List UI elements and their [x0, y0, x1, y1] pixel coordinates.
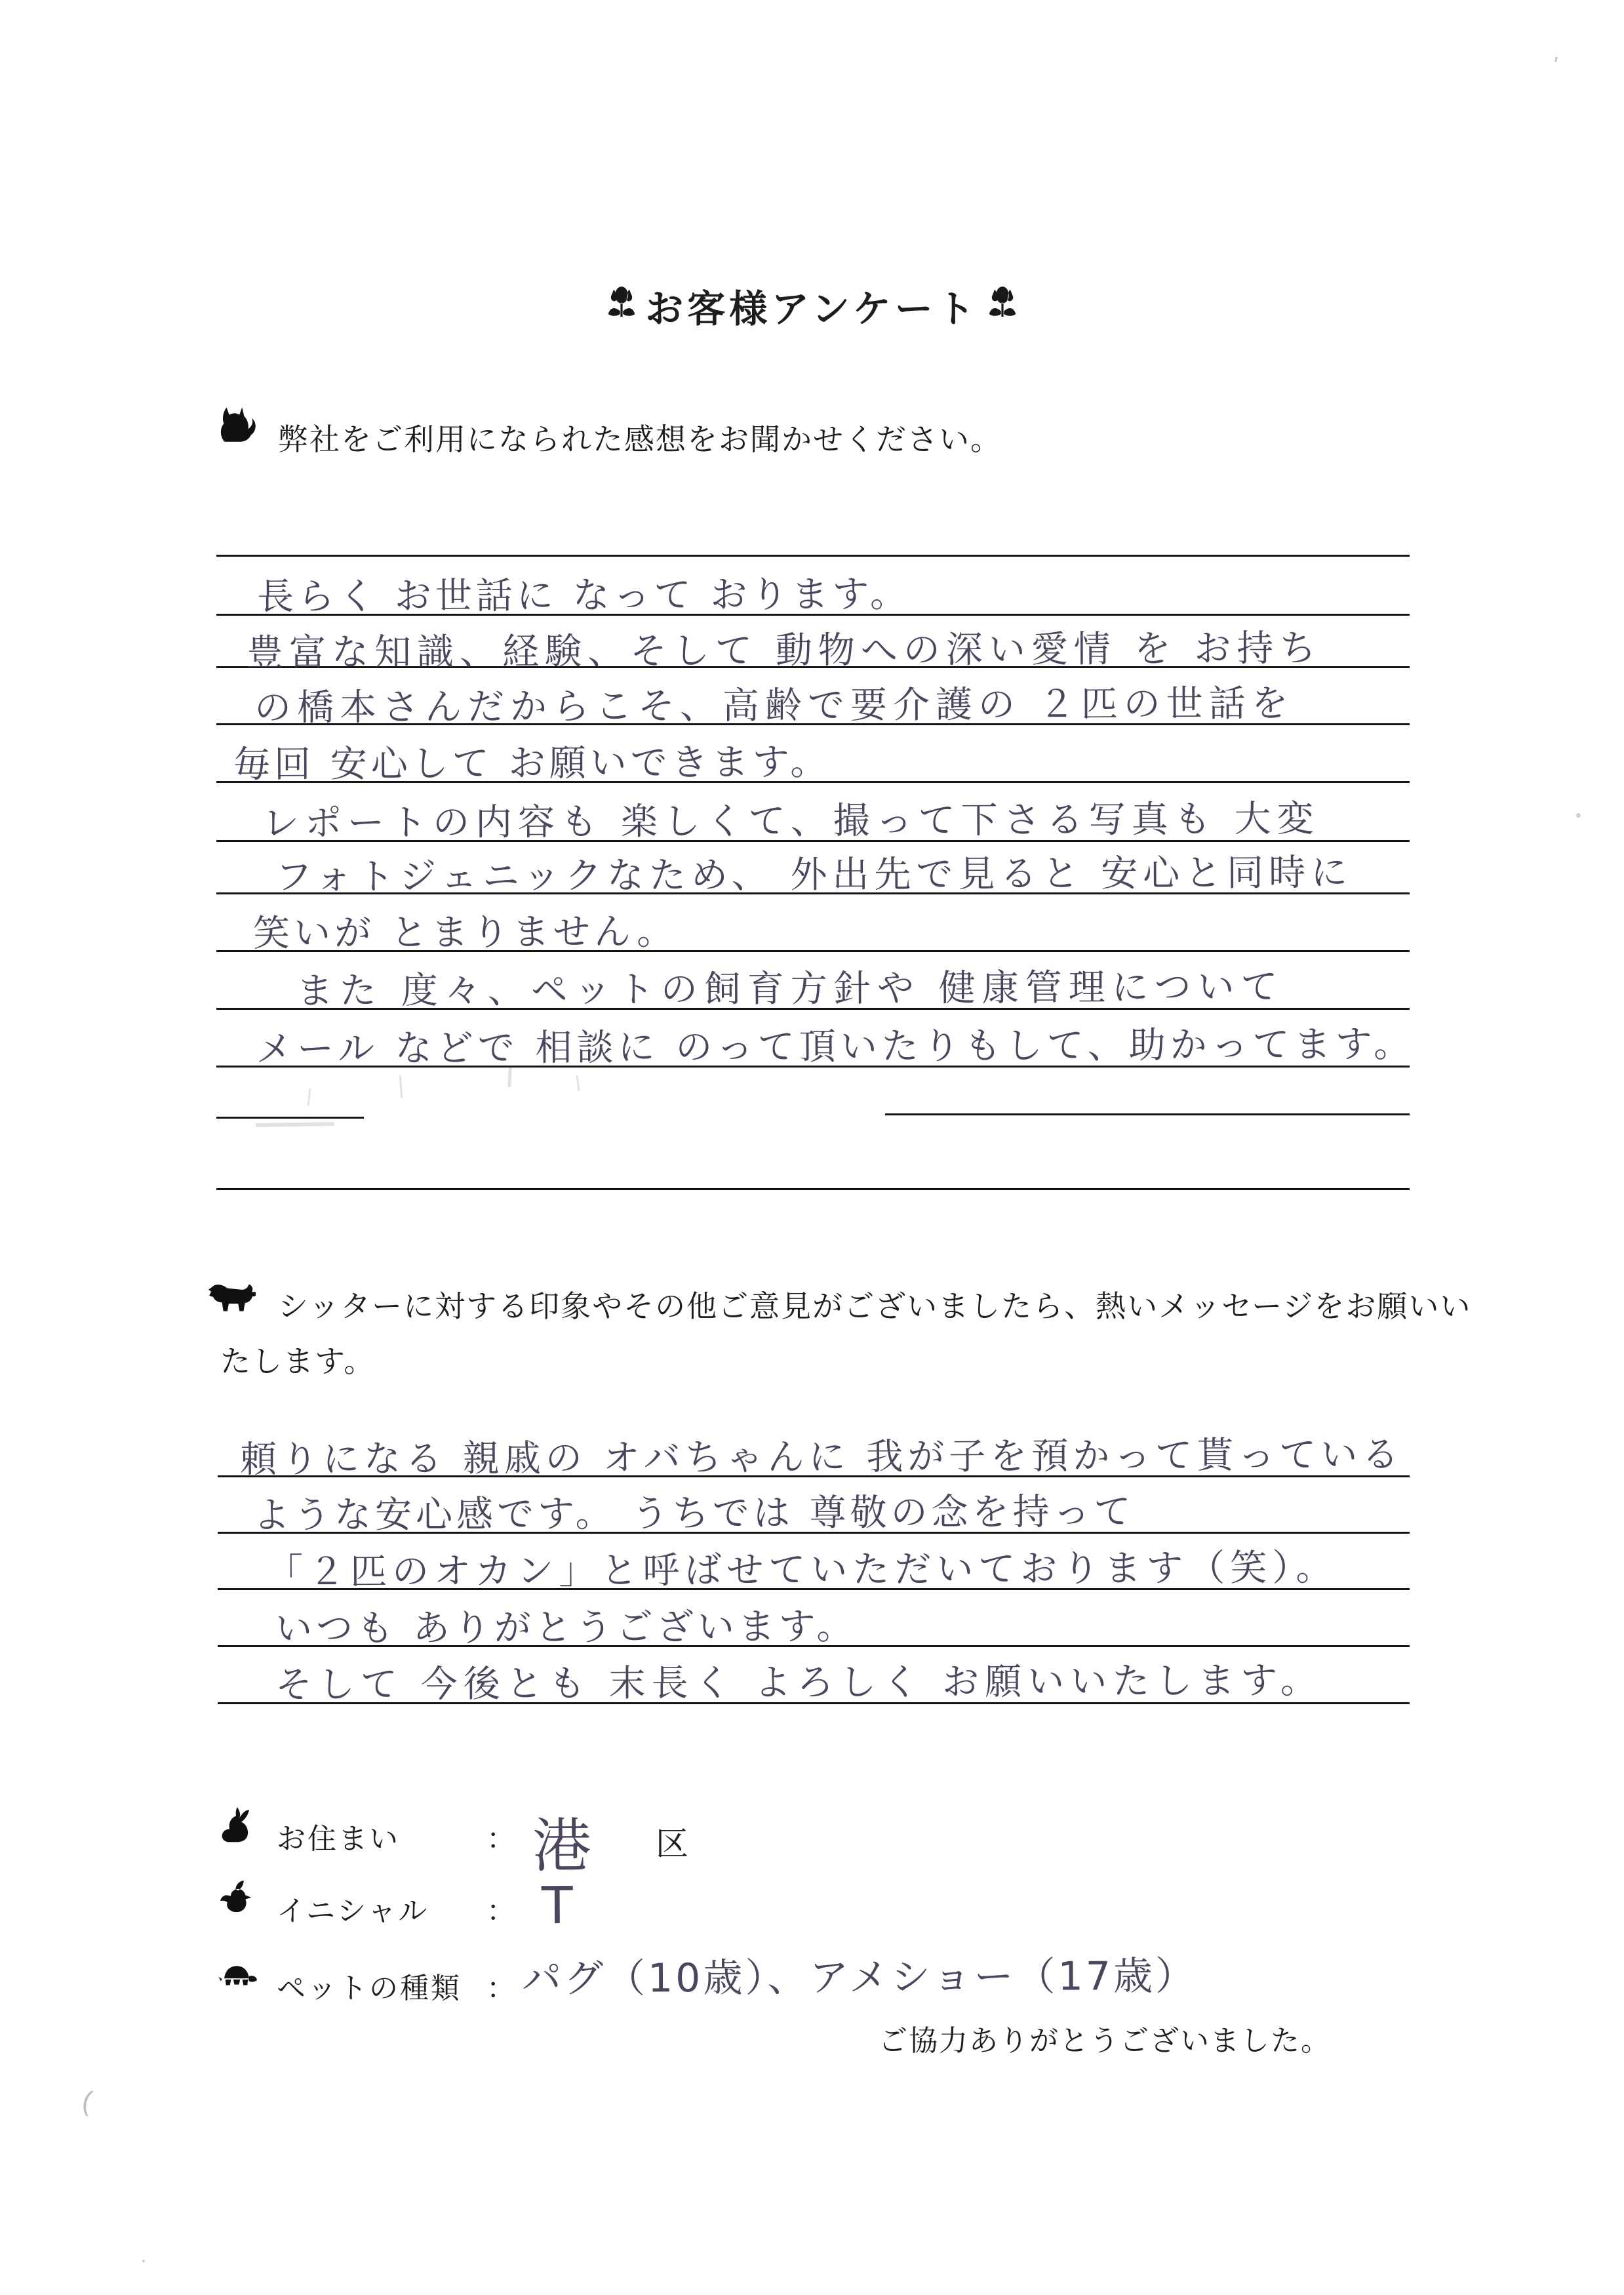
field-colon: ：: [486, 1887, 515, 1929]
bird-icon: [220, 1879, 253, 1913]
field-colon: ：: [486, 1965, 515, 2006]
page-title-row: お客様アンケート: [0, 278, 1624, 333]
handwritten-line: メール などで 相談に のって頂いたりもして、助かってます。: [256, 1015, 1415, 1073]
handwritten-line: いつも ありがとうございます。: [275, 1597, 858, 1652]
dog-icon: [207, 1276, 256, 1317]
field-suffix-ku: 区: [656, 1818, 688, 1865]
handwritten-line: フォトジェニックなため、 外出先で見ると 安心と同時に: [275, 843, 1353, 900]
scan-artifact: .: [139, 2245, 147, 2268]
handwritten-line: 笑いが とまりません。: [253, 903, 678, 957]
handwritten-line: レポートの内容も 楽しくて、撮って下さる写真も 大変: [262, 789, 1320, 847]
scan-artifact: [1576, 813, 1581, 818]
handwritten-line: そして 今後とも 末長く よろしく お願いいたします。: [275, 1652, 1323, 1709]
question1-text: 弊社をご利用になられた感想をお聞かせください。: [278, 416, 1002, 459]
handwritten-line: また 度々、ペットの飼育方針や 健康管理について: [296, 958, 1284, 1015]
scan-artifact: (: [79, 2085, 95, 2117]
handwritten-line: の橋本さんだからこそ、高齢で要介護の ２匹の世話を: [254, 675, 1294, 732]
handwritten-line: 毎回 安心して お願いできます。: [233, 733, 831, 788]
handwritten-line: ような安心感です。 うちでは 尊敬の念を持って: [253, 1483, 1135, 1539]
ruled-line: [216, 1188, 1410, 1190]
field-label-residence: お住まい: [277, 1815, 400, 1857]
footer-thanks: ご協力ありがとうございました。: [879, 2017, 1331, 2059]
field-label-pet-type: ペットの種類: [277, 1965, 462, 2006]
ruled-line-segment: [216, 1117, 364, 1119]
ruled-line-segment: [885, 1113, 1410, 1115]
rabbit-icon: [219, 1806, 253, 1844]
field-value-pet-type: パグ（10歳）、アメショー（17歳）: [522, 1945, 1197, 2004]
survey-scan-page: お客様アンケート 弊社をご利用になられた感想をお聞かせください。 長らく お世話…: [0, 0, 1624, 2295]
handwritten-line: 頼りになる 親戚の オバちゃんに 我が子を預かって貰っている: [240, 1426, 1404, 1483]
page-title: お客様アンケート: [645, 278, 979, 333]
field-label-initial: イニシャル: [277, 1887, 429, 1929]
scan-artifact: [576, 1075, 580, 1091]
question2-text-line2: たします。: [220, 1338, 375, 1381]
tulip-icon: [607, 286, 636, 325]
handwritten-line: 長らく お世話に なって おります。: [257, 565, 911, 620]
cat-icon: [215, 401, 258, 449]
scan-artifact: [399, 1075, 403, 1098]
field-value-initial: T: [542, 1877, 577, 1936]
turtle-icon: [216, 1961, 257, 1989]
scan-artifact: [256, 1122, 334, 1127]
scan-artifact: ': [1549, 52, 1560, 78]
field-colon: ：: [486, 1815, 515, 1857]
scan-artifact: [307, 1088, 311, 1106]
question2-text-line1: シッターに対する印象やその他ご意見がございましたら、熱いメッセージをお願いい: [278, 1283, 1471, 1326]
ruled-line: [216, 555, 1410, 557]
handwritten-line: 「２匹のオカン」と呼ばせていただいております（笑）。: [266, 1538, 1338, 1595]
tulip-icon: [988, 286, 1017, 325]
handwritten-line: 豊富な知識、経験、そして 動物への深い愛情 を お持ち: [247, 619, 1322, 676]
field-value-residence: 港: [532, 1798, 596, 1883]
scan-artifact: [507, 1068, 512, 1087]
